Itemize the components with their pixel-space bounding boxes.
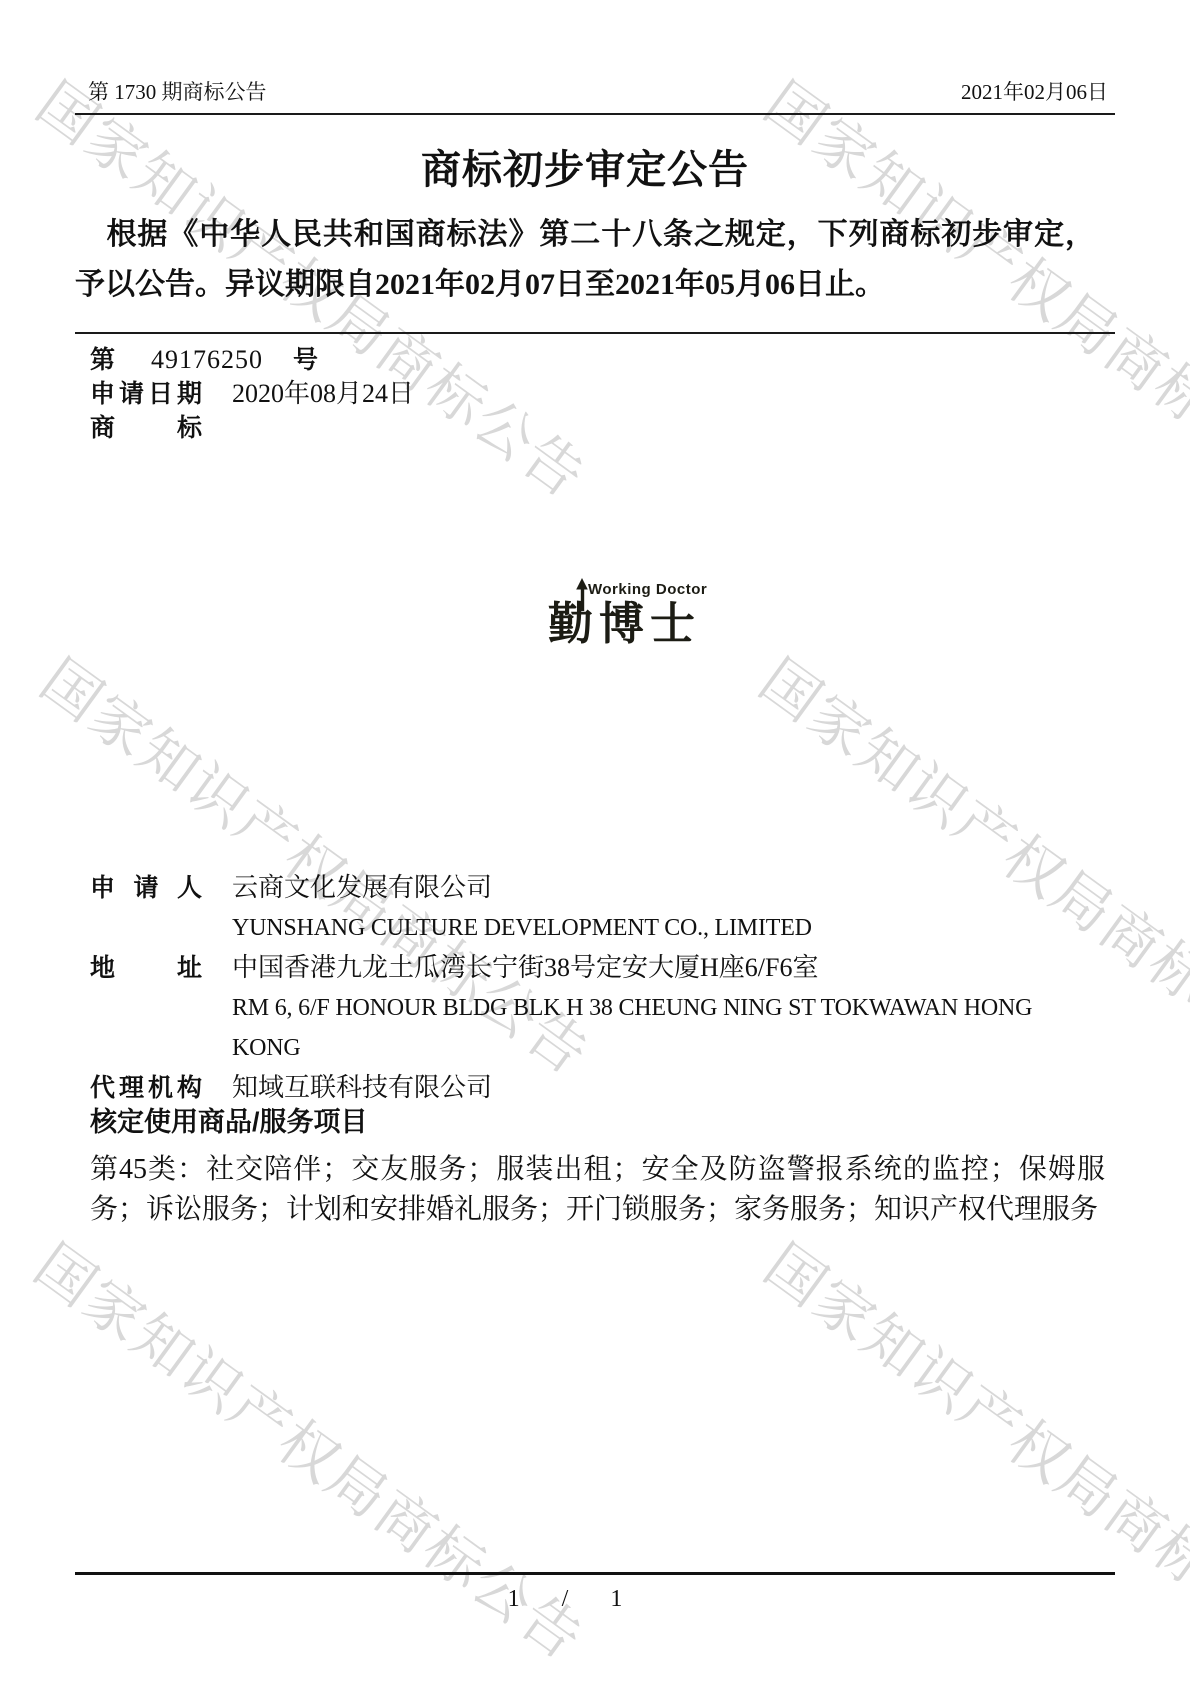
intro-paragraph: 根据《中华人民共和国商标法》第二十八条之规定，下列商标初步审定，予以公告。异议期…: [75, 210, 1095, 310]
trademark-field-label: 商标: [90, 413, 202, 443]
page-title: 商标初步审定公告: [0, 138, 1170, 195]
header-divider: [75, 113, 1115, 115]
application-date-row: 申请日期2020年08月24日: [90, 379, 1110, 413]
applicant-values: 云商文化发展有限公司 YUNSHANG CULTURE DEVELOPMENT …: [232, 868, 812, 948]
total-pages: 1: [610, 1586, 622, 1612]
registration-fields: 第49176250号 申请日期2020年08月24日 商标: [90, 345, 1110, 447]
current-page: 1: [508, 1586, 520, 1612]
gazette-date: 2021年02月06日: [961, 76, 1108, 106]
applicant-row: 申请人 云商文化发展有限公司 YUNSHANG CULTURE DEVELOPM…: [90, 868, 1110, 948]
gazette-issue-label: 第 1730 期商标公告: [88, 76, 267, 106]
trademark-tagline: Working Doctor: [588, 582, 738, 598]
section-divider: [75, 332, 1115, 334]
applicant-label: 申请人: [90, 868, 202, 908]
trademark-label-row: 商标: [90, 413, 1110, 447]
services-content: 第45类：社交陪伴；交友服务；服装出租；安全及防盗警报系统的监控；保姆服务；诉讼…: [90, 1150, 1105, 1230]
address-row: 地址 中国香港九龙土瓜湾长宁街38号定安大厦H座6/F6室 RM 6, 6/F …: [90, 948, 1110, 1068]
address-cn: 中国香港九龙土瓜湾长宁街38号定安大厦H座6/F6室: [232, 948, 1067, 988]
applicant-name-cn: 云商文化发展有限公司: [232, 868, 812, 908]
page-number-indicator: 1/1: [0, 1586, 1130, 1613]
application-date-label: 申请日期: [90, 379, 202, 409]
trademark-image: Working Doctor 勤博士: [548, 582, 738, 648]
footer-divider: [75, 1572, 1115, 1575]
reg-number-suffix: 号: [293, 346, 318, 374]
agent-label: 代理机构: [90, 1068, 202, 1108]
registration-number-row: 第49176250号: [90, 345, 1110, 379]
services-section: 核定使用商品/服务项目 第45类：社交陪伴；交友服务；服装出租；安全及防盗警报系…: [90, 1106, 1105, 1230]
address-en: RM 6, 6/F HONOUR BLDG BLK H 38 CHEUNG NI…: [232, 988, 1067, 1068]
services-heading: 核定使用商品/服务项目: [90, 1106, 1105, 1138]
applicant-section: 申请人 云商文化发展有限公司 YUNSHANG CULTURE DEVELOPM…: [90, 868, 1110, 1108]
applicant-name-en: YUNSHANG CULTURE DEVELOPMENT CO., LIMITE…: [232, 908, 812, 948]
page-content: 第 1730 期商标公告 2021年02月06日 商标初步审定公告 根据《中华人…: [0, 0, 1190, 1684]
page-separator: /: [562, 1586, 569, 1612]
trademark-tagline-text: Working Doctor: [588, 581, 707, 598]
up-arrow-icon: [574, 578, 590, 612]
agent-name: 知域互联科技有限公司: [232, 1068, 492, 1108]
address-values: 中国香港九龙土瓜湾长宁街38号定安大厦H座6/F6室 RM 6, 6/F HON…: [232, 948, 1067, 1068]
trademark-gazette-page: 国家知识产权局商标公告 国家知识产权局商标公告 国家知识产权局商标公告 国家知识…: [0, 0, 1190, 1684]
address-label: 地址: [90, 948, 202, 988]
agent-row: 代理机构 知域互联科技有限公司: [90, 1068, 1110, 1108]
application-date-value: 2020年08月24日: [232, 379, 414, 408]
reg-number-value: 49176250: [151, 345, 263, 374]
reg-number-prefix: 第: [90, 345, 115, 375]
